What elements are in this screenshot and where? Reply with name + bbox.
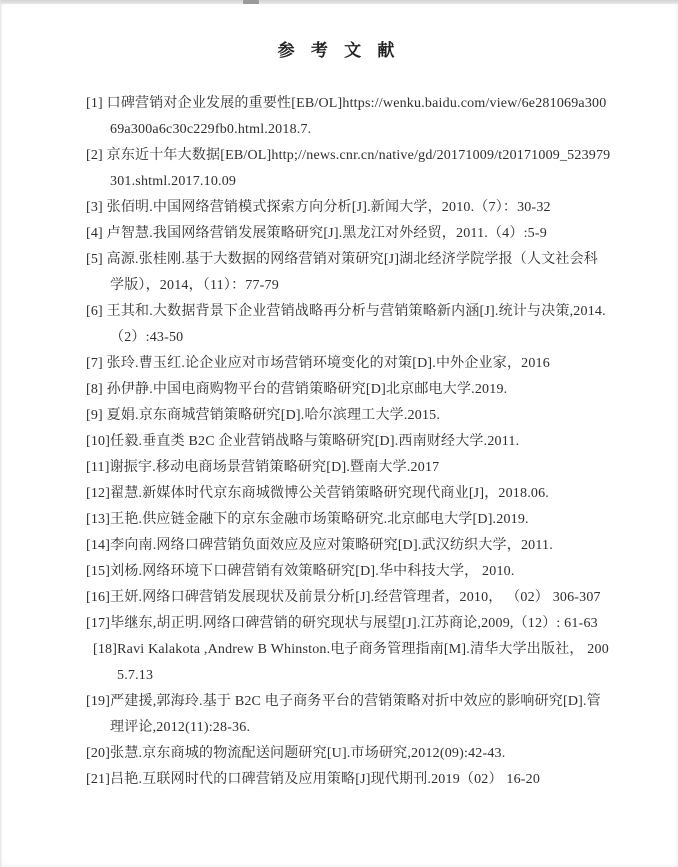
reference-item-1: [1] 口碑营销对企业发展的重要性[EB/OL]https://wenku.ba…: [86, 91, 612, 143]
reference-item-16: [16]王妍.网络口碑营销发展现状及前景分析[J].经营管理者，2010， （0…: [86, 585, 612, 611]
reference-item-2: [2] 京东近十年大数据[EB/OL]http;//news.cnr.cn/na…: [86, 143, 612, 195]
reference-item-10: [10]任毅.垂直类 B2C 企业营销战略与策略研究[D].西南财经大学.201…: [86, 429, 612, 455]
reference-item-19: [19]严建援,郭海玲.基于 B2C 电子商务平台的营销策略对折中效应的影响研究…: [86, 689, 612, 741]
reference-item-20: [20]张慧.京东商城的物流配送问题研究[U].市场研究,2012(09):42…: [86, 741, 612, 767]
reference-item-8: [8] 孙伊静.中国电商购物平台的营销策略研究[D]北京邮电大学.2019.: [86, 377, 612, 403]
reference-item-15: [15]刘杨.网络环境下口碑营销有效策略研究[D].华中科技大学， 2010.: [86, 559, 612, 585]
references-list: [1] 口碑营销对企业发展的重要性[EB/OL]https://wenku.ba…: [86, 91, 612, 793]
scan-left-edge-artifact: [0, 0, 2, 867]
scan-mark-artifact: [243, 0, 259, 4]
reference-item-5: [5] 高源.张桂刚.基于大数据的网络营销对策研究[J]湖北经济学院学报（人文社…: [86, 247, 612, 299]
reference-item-18: [18]Ravi Kalakota ,Andrew B Whinston.电子商…: [93, 637, 612, 689]
scan-top-edge-artifact: [0, 0, 678, 4]
reference-item-21: [21]吕艳.互联网时代的口碑营销及应用策略[J]现代期刊.2019（02） 1…: [86, 767, 612, 793]
reference-item-4: [4] 卢智慧.我国网络营销发展策略研究[J].黑龙江对外经贸，2011.（4）…: [86, 221, 612, 247]
reference-item-14: [14]李向南.网络口碑营销负面效应及应对策略研究[D].武汉纺织大学，2011…: [86, 533, 612, 559]
reference-item-9: [9] 夏娟.京东商城营销策略研究[D].哈尔滨理工大学.2015.: [86, 403, 612, 429]
reference-item-17: [17]毕继东,胡正明.网络口碑营销的研究现状与展望[J].江苏商论,2009,…: [86, 611, 612, 637]
reference-item-11: [11]谢振宇.移动电商场景营销策略研究[D].暨南大学.2017: [86, 455, 612, 481]
page: { "document": { "title": "参 考 文 献", "ref…: [0, 0, 678, 867]
reference-item-7: [7] 张玲.曹玉红.论企业应对市场营销环境变化的对策[D].中外企业家，201…: [86, 351, 612, 377]
reference-item-12: [12]翟慧.新媒体时代京东商城微博公关营销策略研究现代商业[J]，2018.0…: [86, 481, 612, 507]
reference-item-3: [3] 张佰明.中国网络营销模式探索方向分析[J].新闻大学，2010.（7）：…: [86, 195, 612, 221]
page-title: 参 考 文 献: [0, 0, 678, 61]
reference-item-13: [13]王艳.供应链金融下的京东金融市场策略研究.北京邮电大学[D].2019.: [86, 507, 612, 533]
reference-item-6: [6] 王其和.大数据背景下企业营销战略再分析与营销策略新内涵[J].统计与决策…: [86, 299, 612, 351]
